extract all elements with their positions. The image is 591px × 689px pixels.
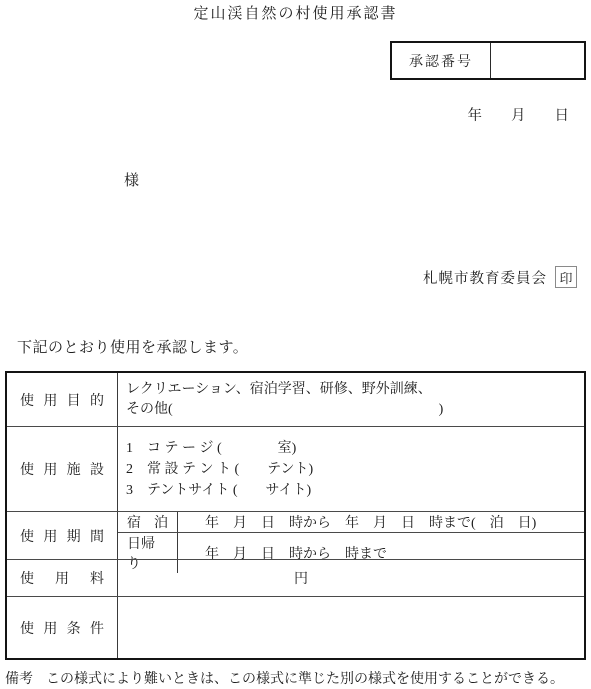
issuer-name: 札幌市教育委員会	[423, 267, 547, 288]
table-row-fee: 使用料 円	[7, 559, 584, 596]
table-row-purpose: 使用目的 レクリエーション、宿泊学習、研修、野外訓練、 その他( )	[7, 373, 584, 426]
approval-number-value	[491, 43, 584, 78]
remarks-line: 備考 この様式により難いときは、この様式に準じた別の様式を使用することができる。	[5, 668, 589, 688]
fee-value: 円	[118, 560, 584, 596]
approval-number-box: 承認番号	[390, 41, 586, 80]
form-table: 使用目的 レクリエーション、宿泊学習、研修、野外訓練、 その他( ) 使用施設 …	[5, 371, 586, 660]
facility-content: 1 コ テ ー ジ ( 室) 2 常 設 テ ン ト ( テント) 3 テントサ…	[118, 427, 584, 511]
facility-label: 使用施設	[20, 459, 104, 479]
conditions-value	[118, 597, 584, 658]
intro-text: 下記のとおり使用を承認します。	[17, 336, 248, 357]
facility-item-tent: 2 常 設 テ ン ト ( テント)	[126, 459, 584, 480]
remarks-label: 備考	[5, 668, 33, 688]
purpose-line2: その他( )	[126, 400, 584, 420]
table-row-facility: 使用施設 1 コ テ ー ジ ( 室) 2 常 設 テ ン ト ( テント) 3…	[7, 426, 584, 511]
conditions-label: 使用条件	[20, 618, 104, 638]
seal-placeholder-icon: 印	[555, 266, 577, 288]
remarks-text: この様式により難いときは、この様式に準じた別の様式を使用することができる。	[46, 668, 589, 688]
period-content: 宿泊 年 月 日 時から 年 月 日 時まで( 泊 日) 日帰り 年 月 日 時…	[118, 512, 584, 559]
table-row-period: 使用期間 宿泊 年 月 日 時から 年 月 日 時まで( 泊 日) 日帰り 年 …	[7, 511, 584, 559]
purpose-label: 使用目的	[20, 390, 104, 410]
table-row-conditions: 使用条件	[7, 596, 584, 658]
facility-item-cottage: 1 コ テ ー ジ ( 室)	[126, 438, 584, 459]
page-title: 定山渓自然の村使用承認書	[0, 2, 591, 23]
approval-number-label: 承認番号	[392, 43, 491, 78]
period-stay-value: 年 月 日 時から 年 月 日 時まで( 泊 日)	[178, 512, 584, 532]
issuer-line: 札幌市教育委員会 印	[423, 266, 577, 288]
fee-label: 使用料	[20, 568, 104, 588]
period-label: 使用期間	[20, 526, 104, 546]
period-row-stay: 宿泊 年 月 日 時から 年 月 日 時まで( 泊 日)	[118, 512, 584, 532]
purpose-line1: レクリエーション、宿泊学習、研修、野外訓練、	[126, 380, 584, 400]
purpose-content: レクリエーション、宿泊学習、研修、野外訓練、 その他( )	[118, 373, 584, 426]
approval-form-document: 定山渓自然の村使用承認書 承認番号 年 月 日 様 札幌市教育委員会 印 下記の…	[0, 0, 591, 689]
period-stay-label: 宿泊	[127, 512, 168, 532]
date-line: 年 月 日	[468, 104, 570, 125]
addressee-suffix: 様	[124, 169, 139, 190]
facility-item-tentsite: 3 テントサイト ( サイト)	[126, 480, 584, 501]
